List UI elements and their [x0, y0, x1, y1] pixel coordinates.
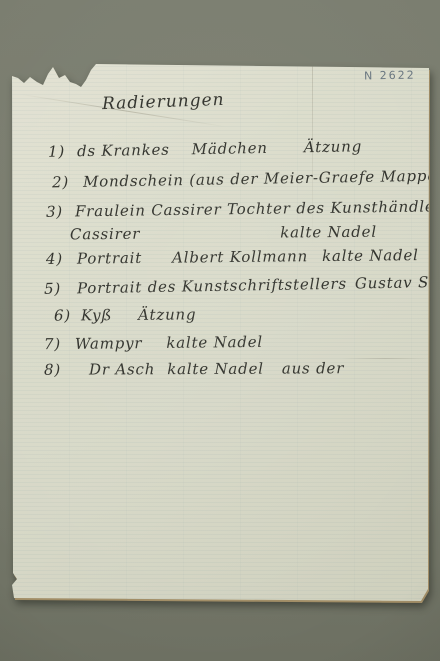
document-paper: N 2622 Radierungen 1)ds KrankesMädchenÄt… — [12, 62, 429, 604]
entry-number: 3) — [46, 205, 63, 220]
list-entry-7: 7)Wampyrkalte Nadel — [44, 335, 263, 352]
entry-number: 5) — [44, 282, 61, 297]
entry-text: Gustav Schiefler — [355, 274, 440, 291]
entry-text: Fraulein Cassirer Tochter des Kunsthändl… — [75, 199, 440, 219]
entry-text: aus der — [282, 361, 344, 376]
list-entry-3-continuation: Cassirerkalte Nadel — [70, 225, 377, 243]
document-title: Radierungen — [102, 92, 225, 113]
list-entry-8: 8)Dr Aschkalte Nadelaus der — [44, 361, 344, 378]
entry-number: 7) — [44, 337, 61, 352]
entry-text: Wampyr — [75, 336, 142, 352]
entry-text: Portrait des Kunstschriftstellers — [77, 277, 347, 297]
paper-crease — [342, 358, 428, 359]
entry-technique: kalte Nadel — [167, 362, 264, 378]
entry-text: Kyß — [81, 308, 112, 323]
entry-technique: Ätzung — [138, 307, 196, 323]
entry-technique: kalte Nadel — [322, 248, 419, 264]
list-entry-5: 5)Portrait des KunstschriftstellersGusta… — [44, 274, 440, 297]
entry-number: 8) — [44, 363, 61, 378]
photo-background: N 2622 Radierungen 1)ds KrankesMädchenÄt… — [0, 0, 440, 661]
entry-text: Albert Kollmann — [172, 249, 308, 265]
entry-number: 1) — [48, 144, 65, 159]
list-entry-1: 1)ds KrankesMädchenÄtzung — [48, 139, 362, 159]
entry-text: Portrait — [77, 251, 142, 267]
entry-technique: kalte Nadel — [280, 225, 377, 241]
list-entry-4: 4)PortraitAlbert Kollmannkalte Nadel — [46, 248, 419, 267]
entry-text: ds Krankes — [77, 143, 170, 160]
entry-number: 6) — [54, 308, 71, 323]
entry-number: 4) — [46, 252, 63, 267]
entry-text: Dr Asch — [89, 362, 155, 377]
entry-number: 2) — [52, 175, 69, 190]
paper-sheet: N 2622 Radierungen 1)ds KrankesMädchenÄt… — [12, 62, 429, 604]
list-entry-3: 3)Fraulein Cassirer Tochter des Kunsthän… — [46, 199, 440, 220]
entry-text: Cassirer — [70, 227, 140, 243]
entry-technique: Ätzung — [304, 139, 362, 155]
list-entry-6: 6)KyßÄtzung — [54, 307, 197, 323]
entry-text: Mondschein (aus der Meier-Graefe Mappe — [83, 169, 437, 190]
inventory-number: N 2622 — [364, 69, 416, 83]
entry-technique: kalte Nadel — [166, 335, 263, 351]
entry-text: Mädchen — [192, 141, 268, 157]
list-entry-2: 2)Mondschein (aus der Meier-Graefe Mappe — [52, 169, 437, 191]
